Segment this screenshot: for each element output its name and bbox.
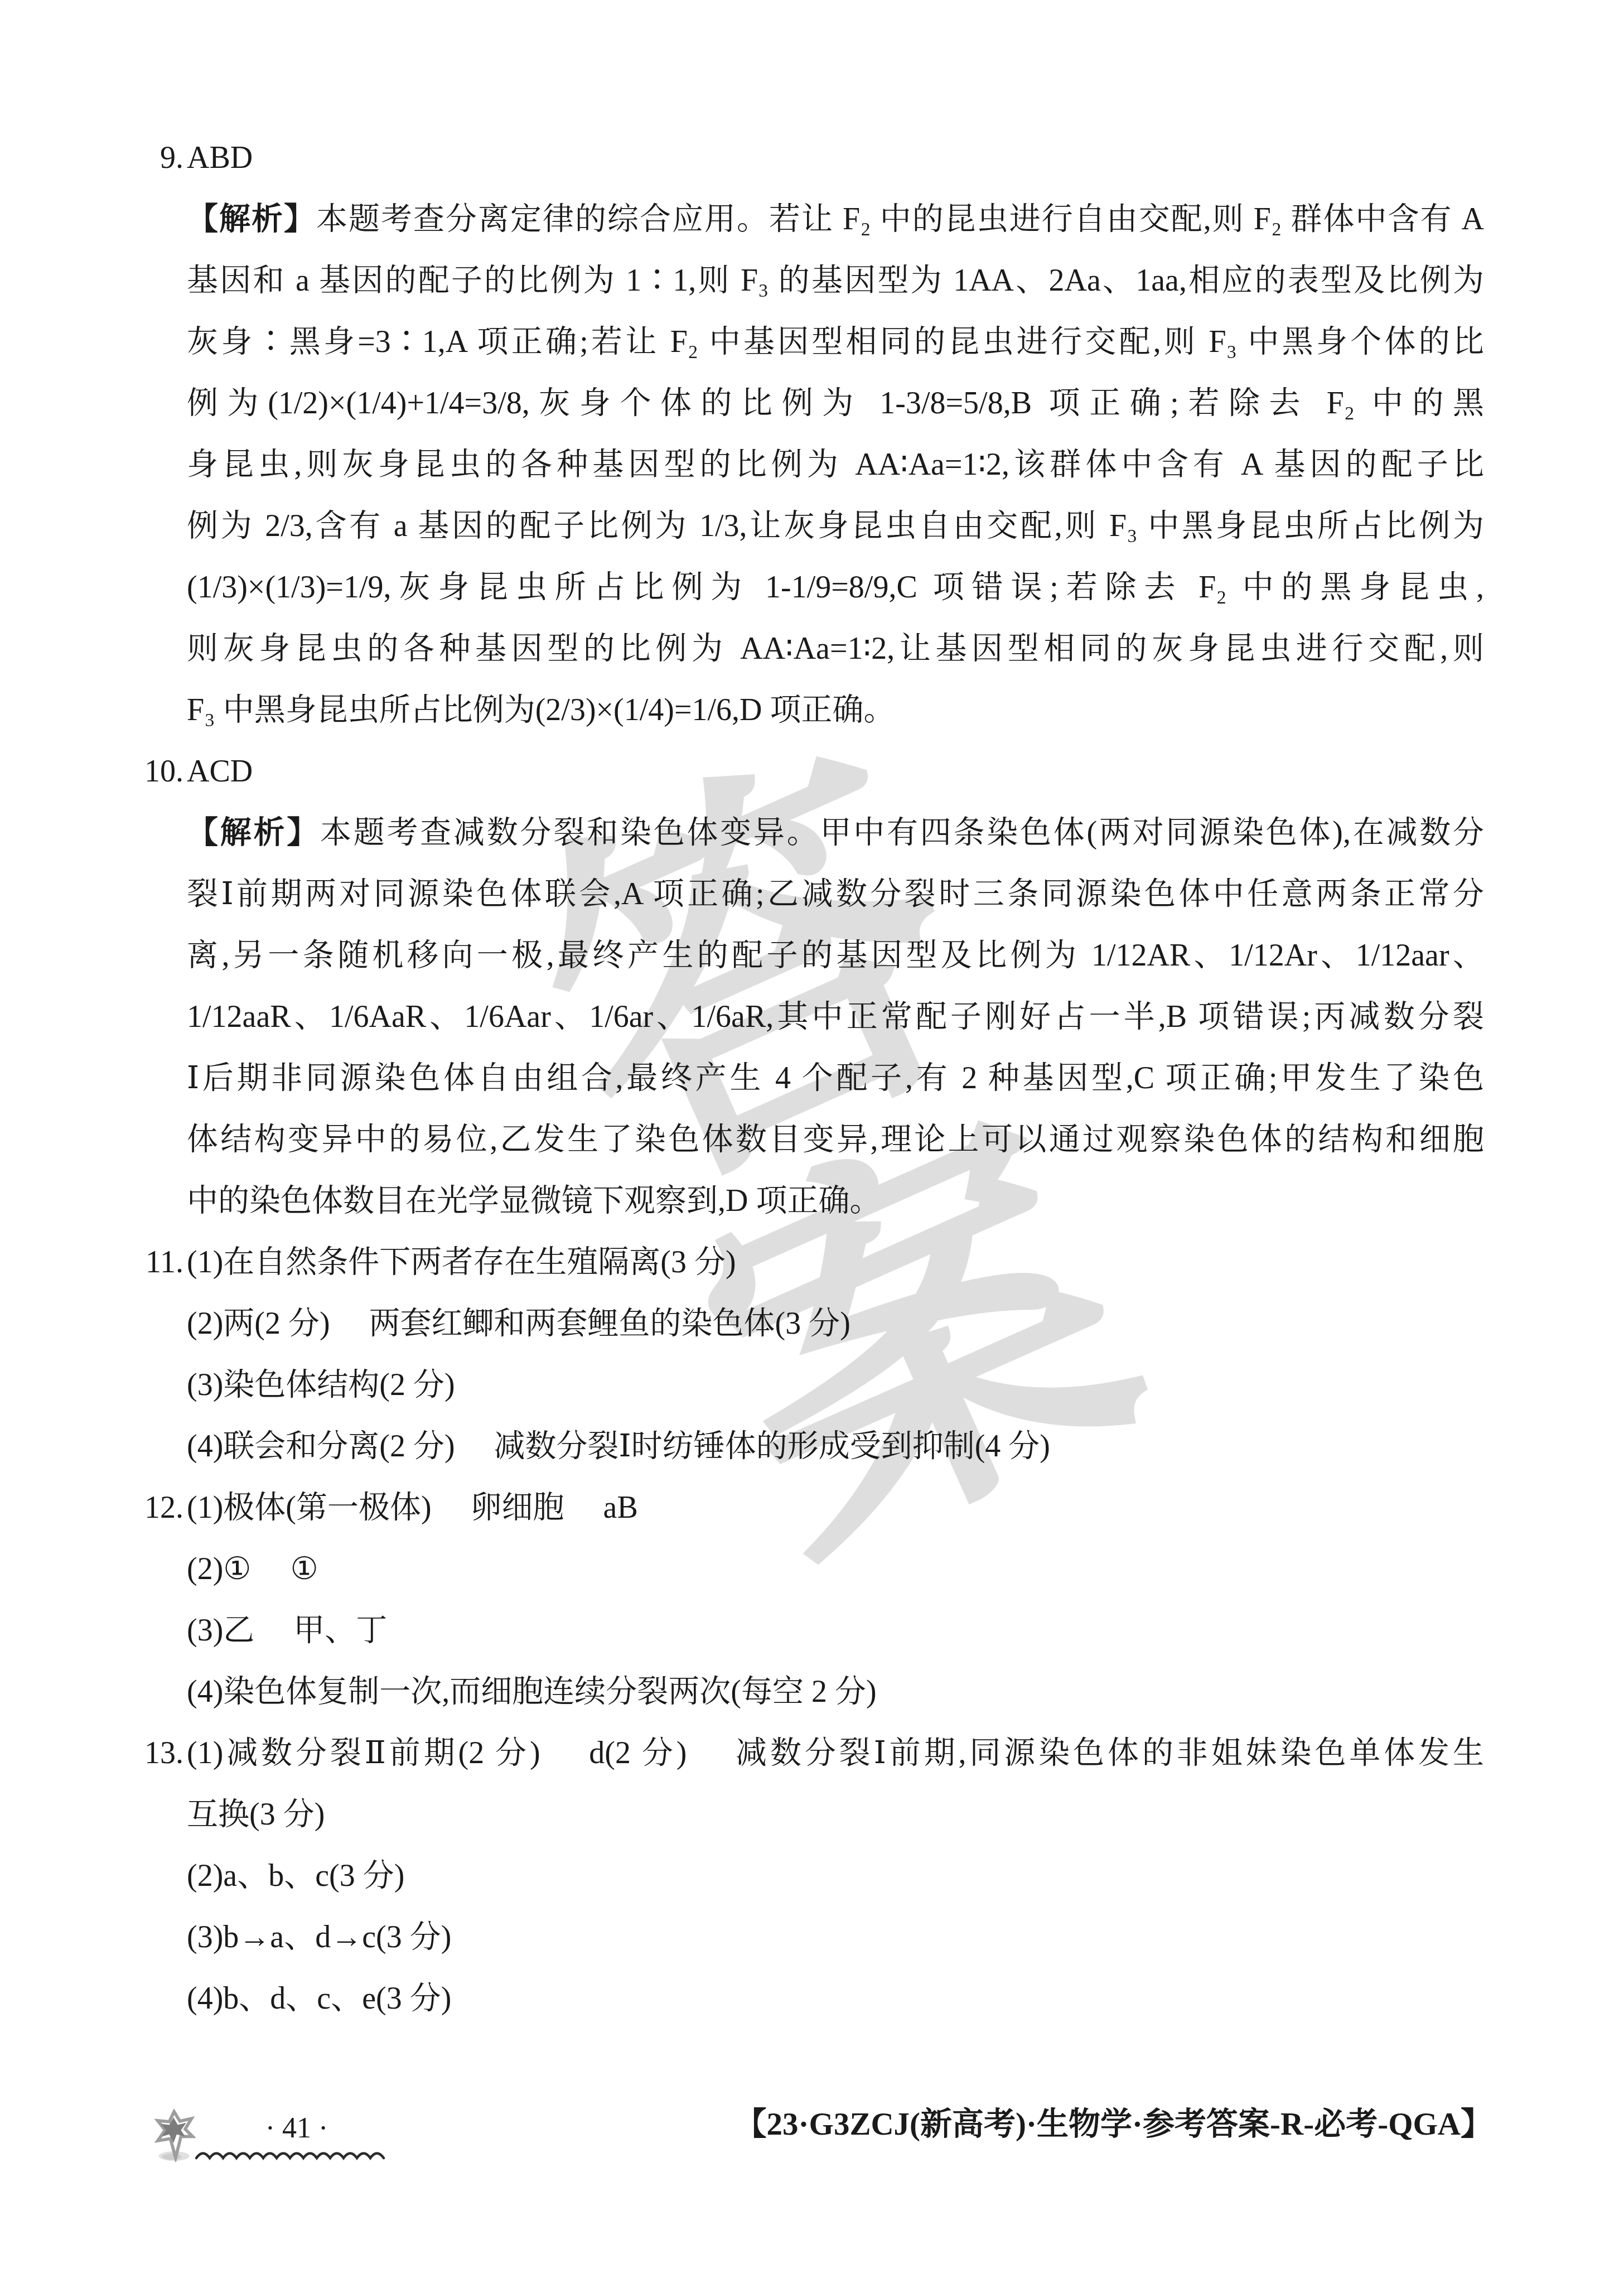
answer-sheet-page: 答 案 9.ABD【解析】本题考查分离定律的综合应用。若让 F₂ 中的昆虫进行自… <box>0 0 1624 2283</box>
analysis-label: 【解析】 <box>187 202 316 236</box>
answer-line: 则灰身昆虫的各种基因型的比例为 AA∶Aa=1∶2,让基因型相同的灰身昆虫进行交… <box>187 618 1484 679</box>
line-text: 灰身∶黑身=3∶1,A 项正确;若让 F₂ 中基因型相同的昆虫进行交配,则 F₃… <box>187 325 1484 359</box>
answer-line: Ⅰ后期非同源染色体自由组合,最终产生 4 个配子,有 2 种基因型,C 项正确;… <box>187 1048 1484 1109</box>
line-text: 则灰身昆虫的各种基因型的比例为 AA∶Aa=1∶2,让基因型相同的灰身昆虫进行交… <box>187 631 1484 666</box>
answer-line: (3)b→a、d→c(3 分) <box>187 1906 1484 1968</box>
question-number: 10. <box>144 741 183 802</box>
answers: 9.ABD【解析】本题考查分离定律的综合应用。若让 F₂ 中的昆虫进行自由交配,… <box>187 127 1484 2029</box>
answer-line: 身昆虫,则灰身昆虫的各种基因型的比例为 AA∶Aa=1∶2,该群体中含有 A 基… <box>187 434 1484 495</box>
question-number: 13. <box>144 1722 183 1784</box>
answer-line: (3)乙 甲、丁 <box>187 1600 1484 1661</box>
line-text: (4)联会和分离(2 分) 减数分裂Ⅰ时纺锤体的形成受到抑制(4 分) <box>187 1429 1050 1464</box>
answer-line: (2)a、b、c(3 分) <box>187 1845 1484 1906</box>
question-number: 9. <box>160 127 183 189</box>
line-text: 本题考查减数分裂和染色体变异。甲中有四条染色体(两对同源染色体),在减数分 <box>320 815 1484 850</box>
answer-line: 离,另一条随机移向一极,最终产生的配子的基因型及比例为 1/12AR、1/12A… <box>187 925 1484 986</box>
document-reference: 【23·G3ZCJ(新高考)·生物学·参考答案-R-必考-QGA】 <box>735 2101 1492 2149</box>
answer-line: (2)① ① <box>187 1538 1484 1600</box>
answer-text: (1)减数分裂Ⅱ前期(2 分) d(2 分) 减数分裂Ⅰ前期,同源染色体的非姐妹… <box>187 1736 1484 1770</box>
answer-line: 例为(1/2)×(1/4)+1/4=3/8,灰身个体的比例为 1-3/8=5/8… <box>187 373 1484 434</box>
line-text: 中的染色体数目在光学显微镜下观察到,D 项正确。 <box>187 1184 881 1218</box>
answer-line: 10.ACD <box>187 741 1484 802</box>
page-number: · 41 · <box>224 2112 369 2145</box>
line-text: 本题考查分离定律的综合应用。若让 F₂ 中的昆虫进行自由交配,则 F₂ 群体中含… <box>316 202 1484 236</box>
answer-text: ABD <box>187 141 253 175</box>
answer-line: 1/12aaR、1/6AaR、1/6Aar、1/6ar、1/6aR,其中正常配子… <box>187 986 1484 1048</box>
answer-line: 12.(1)极体(第一极体) 卵细胞 aB <box>187 1477 1484 1538</box>
line-text: 基因和 a 基因的配子的比例为 1∶1,则 F₃ 的基因型为 1AA、2Aa、1… <box>187 263 1484 298</box>
answer-line: (2)两(2 分) 两套红鲫和两套鲤鱼的染色体(3 分) <box>187 1293 1484 1354</box>
question-10: 10.ACD【解析】本题考查减数分裂和染色体变异。甲中有四条染色体(两对同源染色… <box>187 741 1484 1232</box>
star-burst-icon <box>154 2109 196 2162</box>
question-number: 11. <box>146 1232 183 1293</box>
line-text: (2)两(2 分) 两套红鲫和两套鲤鱼的染色体(3 分) <box>187 1306 850 1341</box>
line-text: 体结构变异中的易位,乙发生了染色体数目变异,理论上可以通过观察染色体的结构和细胞 <box>187 1122 1484 1157</box>
line-text: 身昆虫,则灰身昆虫的各种基因型的比例为 AA∶Aa=1∶2,该群体中含有 A 基… <box>187 447 1484 482</box>
answer-line: 裂Ⅰ前期两对同源染色体联会,A 项正确;乙减数分裂时三条同源染色体中任意两条正常… <box>187 863 1484 925</box>
answer-line: (4)b、d、c、e(3 分) <box>187 1968 1484 2029</box>
answer-line: 体结构变异中的易位,乙发生了染色体数目变异,理论上可以通过观察染色体的结构和细胞 <box>187 1109 1484 1170</box>
line-text: 例为 2/3,含有 a 基因的配子比例为 1/3,让灰身昆虫自由交配,则 F₃ … <box>187 509 1484 543</box>
wavy-underline <box>195 2150 390 2163</box>
answer-line: 互换(3 分) <box>187 1784 1484 1845</box>
answer-line: 例为 2/3,含有 a 基因的配子比例为 1/3,让灰身昆虫自由交配,则 F₃ … <box>187 495 1484 557</box>
answer-line: 9.ABD <box>187 127 1484 189</box>
line-text: 1/12aaR、1/6AaR、1/6Aar、1/6ar、1/6aR,其中正常配子… <box>187 1000 1484 1034</box>
line-text: (4)染色体复制一次,而细胞连续分裂两次(每空 2 分) <box>187 1674 877 1709</box>
answer-line: (3)染色体结构(2 分) <box>187 1354 1484 1416</box>
line-text: (3)乙 甲、丁 <box>187 1613 387 1648</box>
line-text: (2)a、b、c(3 分) <box>187 1859 404 1893</box>
answer-line: 【解析】本题考查分离定律的综合应用。若让 F₂ 中的昆虫进行自由交配,则 F₂ … <box>187 189 1484 250</box>
line-text: 离,另一条随机移向一极,最终产生的配子的基因型及比例为 1/12AR、1/12A… <box>187 938 1484 973</box>
answer-line: 11.(1)在自然条件下两者存在生殖隔离(3 分) <box>187 1232 1484 1293</box>
line-text: Ⅰ后期非同源染色体自由组合,最终产生 4 个配子,有 2 种基因型,C 项正确;… <box>187 1061 1484 1095</box>
star-shadow-inner <box>162 2154 181 2160</box>
line-text: (1/3)×(1/3)=1/9,灰身昆虫所占比例为 1-1/9=8/9,C 项错… <box>187 570 1484 605</box>
question-12: 12.(1)极体(第一极体) 卵细胞 aB(2)① ①(3)乙 甲、丁(4)染色… <box>187 1477 1484 1722</box>
line-text: (3)b→a、d→c(3 分) <box>187 1920 451 1954</box>
question-9: 9.ABD【解析】本题考查分离定律的综合应用。若让 F₂ 中的昆虫进行自由交配,… <box>187 127 1484 741</box>
line-text: 裂Ⅰ前期两对同源染色体联会,A 项正确;乙减数分裂时三条同源染色体中任意两条正常… <box>187 877 1484 911</box>
answer-text: (1)在自然条件下两者存在生殖隔离(3 分) <box>187 1245 736 1280</box>
question-11: 11.(1)在自然条件下两者存在生殖隔离(3 分)(2)两(2 分) 两套红鲫和… <box>187 1232 1484 1477</box>
answer-line: (4)染色体复制一次,而细胞连续分裂两次(每空 2 分) <box>187 1661 1484 1722</box>
answer-line: 基因和 a 基因的配子的比例为 1∶1,则 F₃ 的基因型为 1AA、2Aa、1… <box>187 250 1484 311</box>
line-text: (3)染色体结构(2 分) <box>187 1368 455 1402</box>
answer-line: 中的染色体数目在光学显微镜下观察到,D 项正确。 <box>187 1170 1484 1232</box>
line-text: (2)① ① <box>187 1552 318 1586</box>
question-number: 12. <box>144 1477 183 1538</box>
answer-line: 13.(1)减数分裂Ⅱ前期(2 分) d(2 分) 减数分裂Ⅰ前期,同源染色体的… <box>187 1722 1484 1784</box>
answer-line: (4)联会和分离(2 分) 减数分裂Ⅰ时纺锤体的形成受到抑制(4 分) <box>187 1416 1484 1477</box>
question-13: 13.(1)减数分裂Ⅱ前期(2 分) d(2 分) 减数分裂Ⅰ前期,同源染色体的… <box>187 1722 1484 2029</box>
answer-line: F₃ 中黑身昆虫所占比例为(2/3)×(1/4)=1/6,D 项正确。 <box>187 679 1484 741</box>
analysis-label: 【解析】 <box>187 815 320 850</box>
answer-line: (1/3)×(1/3)=1/9,灰身昆虫所占比例为 1-1/9=8/9,C 项错… <box>187 557 1484 618</box>
line-text: F₃ 中黑身昆虫所占比例为(2/3)×(1/4)=1/6,D 项正确。 <box>187 693 895 727</box>
answer-line: 灰身∶黑身=3∶1,A 项正确;若让 F₂ 中基因型相同的昆虫进行交配,则 F₃… <box>187 311 1484 373</box>
line-text: 互换(3 分) <box>187 1797 325 1832</box>
line-text: (4)b、d、c、e(3 分) <box>187 1981 451 2016</box>
answer-line: 【解析】本题考查减数分裂和染色体变异。甲中有四条染色体(两对同源染色体),在减数… <box>187 802 1484 863</box>
line-text: 例为(1/2)×(1/4)+1/4=3/8,灰身个体的比例为 1-3/8=5/8… <box>187 386 1484 421</box>
answer-text: (1)极体(第一极体) 卵细胞 aB <box>187 1490 638 1525</box>
answer-text: ACD <box>187 754 253 789</box>
